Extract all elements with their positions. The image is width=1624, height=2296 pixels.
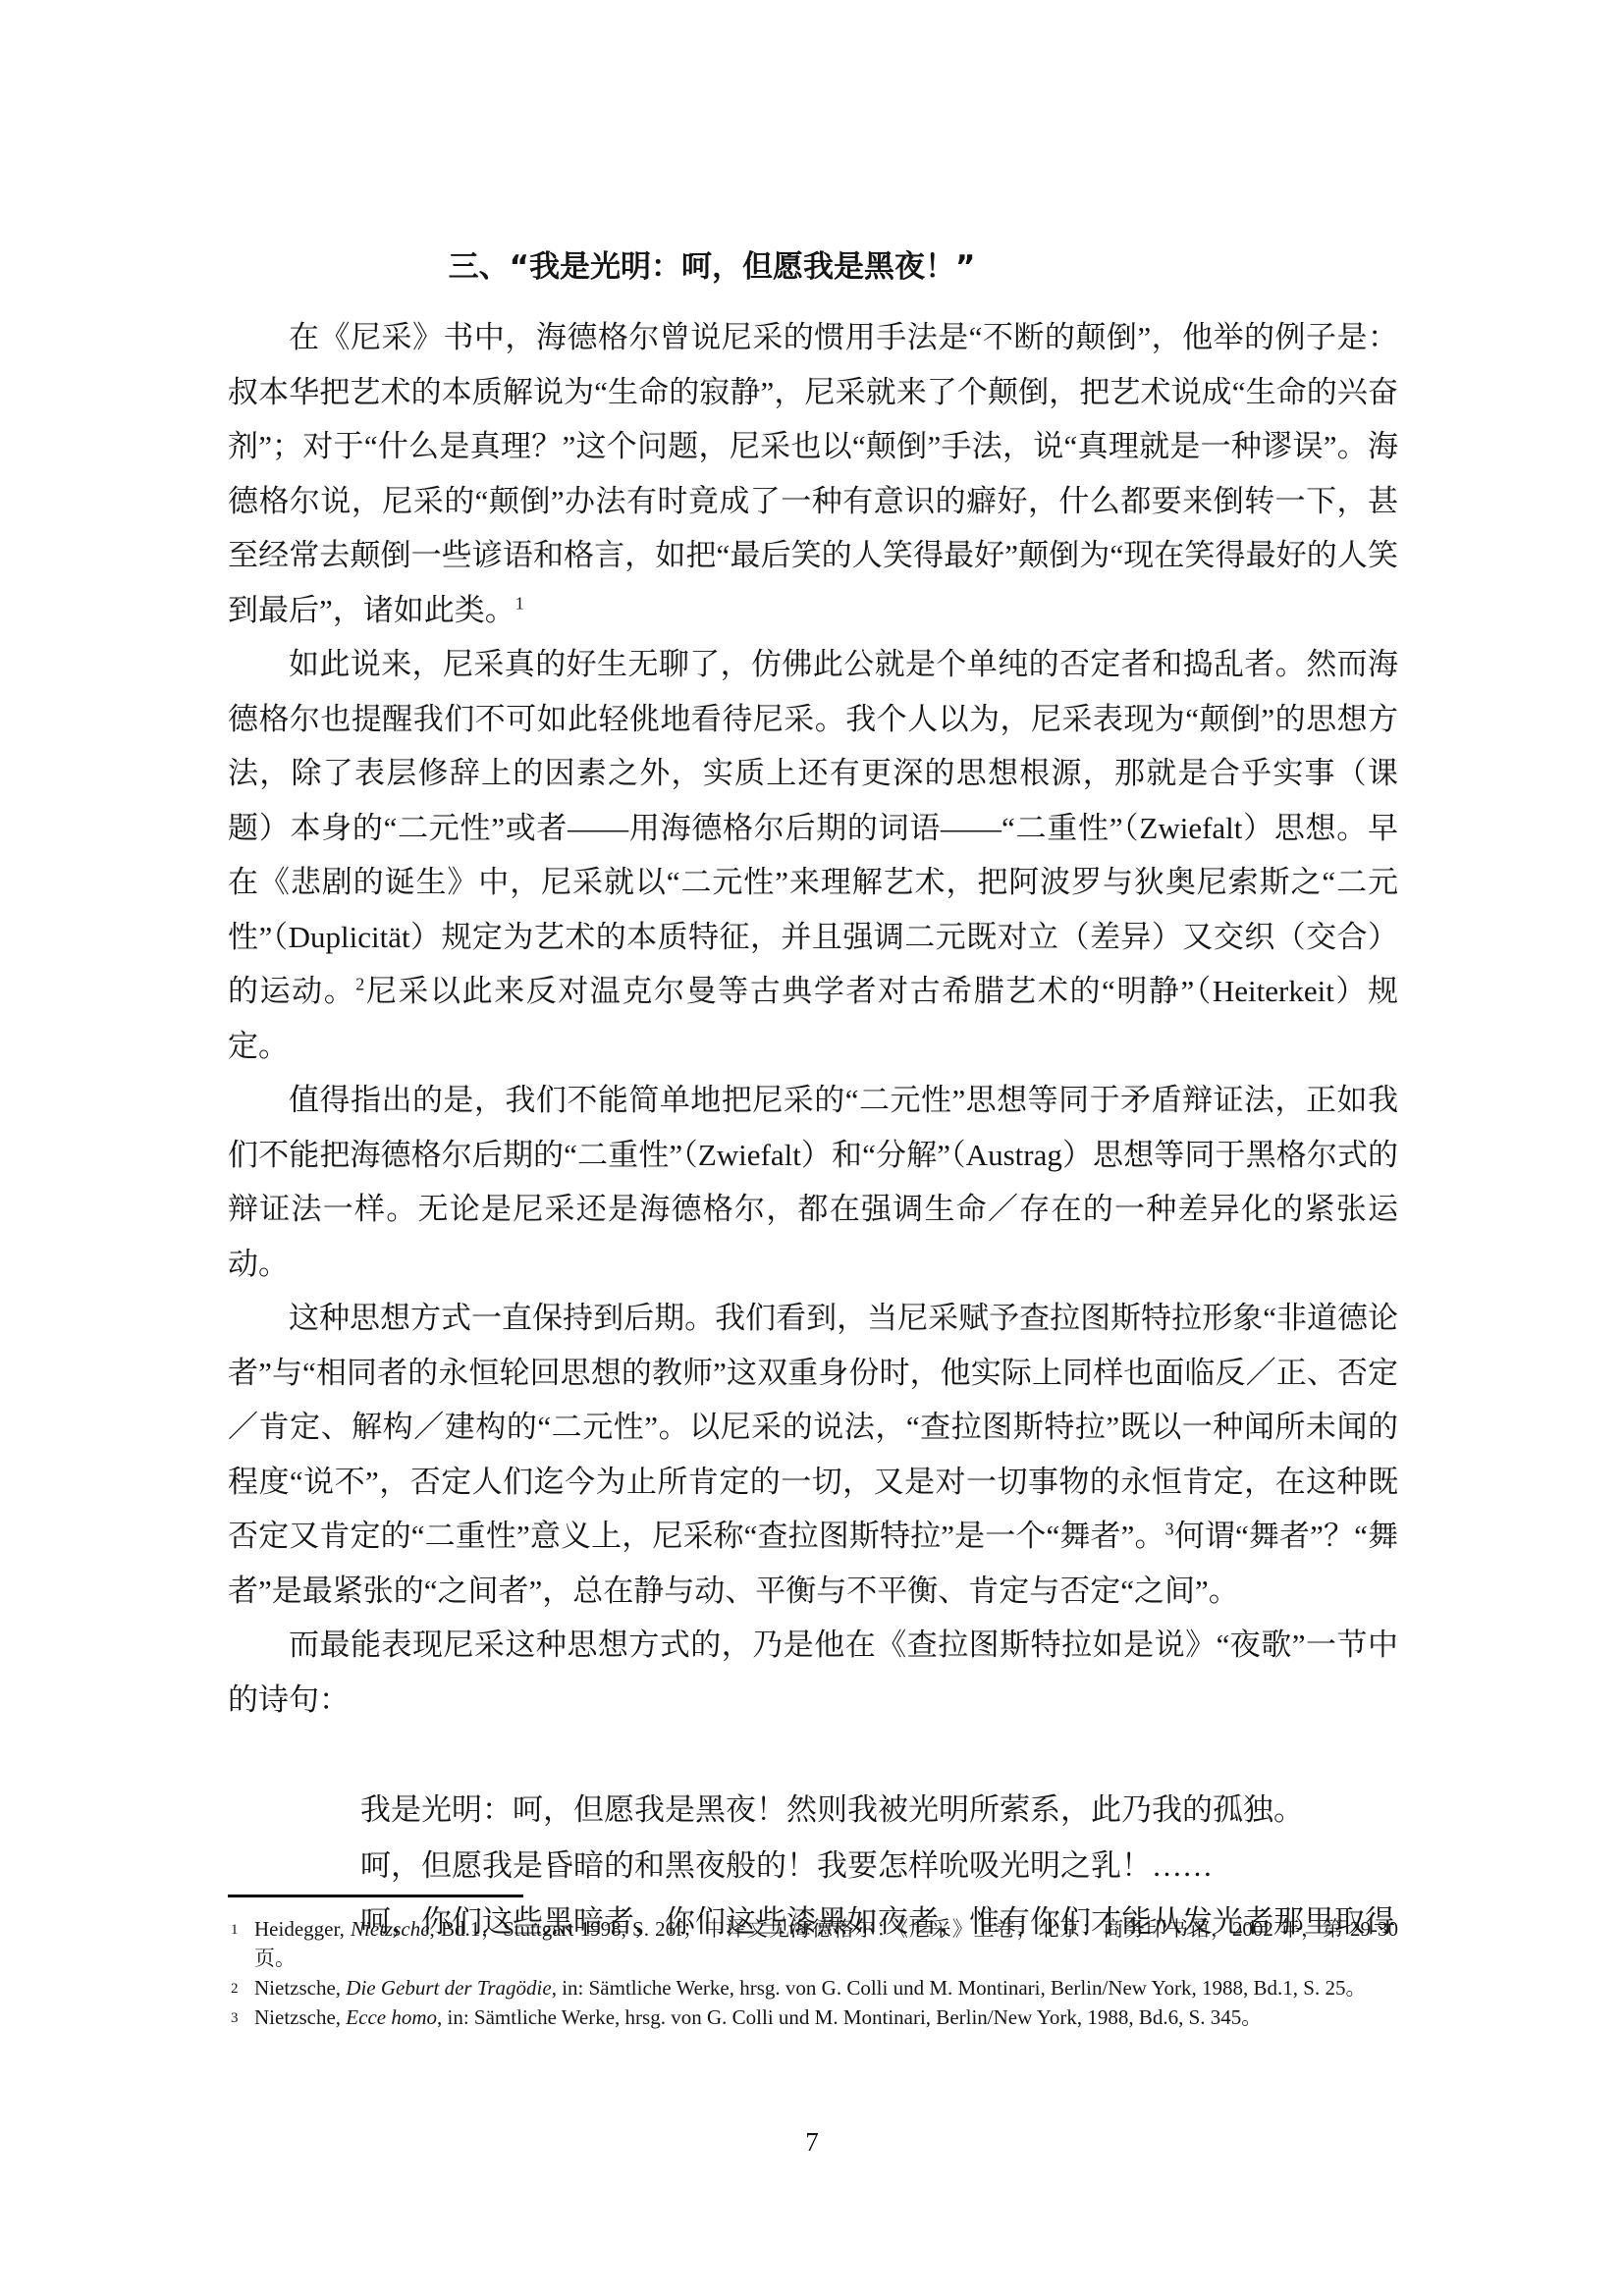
italic-text: Ecce homo (346, 2005, 437, 2029)
quote-line: 我是光明：呵，但愿我是黑夜！然则我被光明所萦系，此乃我的孤独。 (360, 1782, 1398, 1838)
footnote: 2Nietzsche, Die Geburt der Tragödie, in:… (228, 1973, 1398, 2002)
footnotes: 1Heidegger, Nietzsche, Bd.1，Stuttgart 19… (228, 1895, 1398, 2032)
footnote-ref: 2 (355, 975, 364, 994)
quote-line: 呵，但愿我是昏暗的和黑夜般的！我要怎样吮吸光明之乳！…… (360, 1838, 1398, 1894)
footnote: 3Nietzsche, Ecce homo, in: Sämtliche Wer… (228, 2002, 1398, 2032)
footnote-marker: 2 (231, 1974, 239, 2003)
section-title: 三、“我是光明：呵，但愿我是黑夜！” (228, 247, 1398, 287)
paragraph: 在《尼采》书中，海德格尔曾说尼采的惯用手法是“不断的颠倒”，他举的例子是：叔本华… (228, 310, 1398, 637)
footnote-list: 1Heidegger, Nietzsche, Bd.1，Stuttgart 19… (228, 1914, 1398, 2032)
footnote-ref: 3 (1165, 1520, 1174, 1539)
footnote: 1Heidegger, Nietzsche, Bd.1，Stuttgart 19… (228, 1914, 1398, 1973)
italic-text: Nietzsche (351, 1917, 429, 1941)
paragraph: 值得指出的是，我们不能简单地把尼采的“二元性”思想等同于矛盾辩证法，正如我们不能… (228, 1073, 1398, 1291)
paragraph: 这种思想方式一直保持到后期。我们看到，当尼采赋予查拉图斯特拉形象“非道德论者”与… (228, 1291, 1398, 1618)
footnote-separator (228, 1895, 523, 1897)
paragraph: 如此说来，尼采真的好生无聊了，仿佛此公就是个单纯的否定者和捣乱者。然而海德格尔也… (228, 637, 1398, 1073)
footnote-marker: 1 (231, 1915, 239, 1945)
document-page: 三、“我是光明：呵，但愿我是黑夜！” 在《尼采》书中，海德格尔曾说尼采的惯用手法… (0, 0, 1624, 2296)
body-text: 在《尼采》书中，海德格尔曾说尼采的惯用手法是“不断的颠倒”，他举的例子是：叔本华… (228, 310, 1398, 1949)
paragraph: 而最能表现尼采这种思想方式的，乃是他在《查拉图斯特拉如是说》“夜歌”一节中的诗句… (228, 1618, 1398, 1727)
footnote-ref: 1 (515, 593, 524, 613)
page-number: 7 (0, 2124, 1624, 2160)
italic-text: Die Geburt der Tragödie (346, 1976, 551, 2000)
footnote-marker: 3 (231, 2003, 239, 2033)
